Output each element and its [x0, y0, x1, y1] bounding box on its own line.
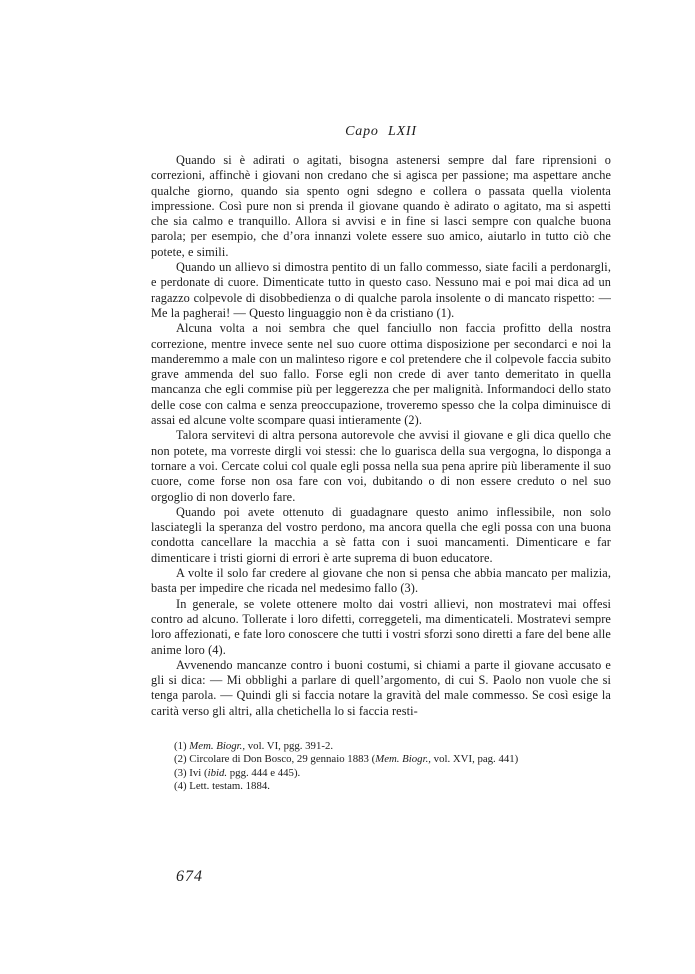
footnote-4: (4) Lett. testam. 1884.	[174, 780, 611, 794]
paragraph-7: In generale, se volete ottenere molto da…	[151, 597, 611, 658]
footnote-text: vol. VI, pgg. 391-2.	[245, 740, 333, 752]
paragraph-8: Avvenendo mancanze contro i buoni costum…	[151, 658, 611, 719]
footnote-text: (4) Lett. testam. 1884.	[174, 780, 270, 792]
footnote-text: (1)	[174, 740, 189, 752]
footnote-text: vol. XVI, pag. 441)	[431, 753, 518, 765]
footnote-text: pgg. 444 e 445).	[227, 767, 300, 779]
text-column: Capo LXII Quando si è adirati o agitati,…	[151, 124, 611, 794]
book-page: Capo LXII Quando si è adirati o agitati,…	[0, 0, 695, 974]
footnote-italic-text: ibid.	[208, 767, 228, 779]
paragraph-3: Alcuna volta a noi sembra che quel fanci…	[151, 321, 611, 428]
footnote-italic-text: Mem. Biogr.,	[189, 740, 245, 752]
page-number: 674	[176, 868, 203, 886]
footnote-text: (3) Ivi (	[174, 767, 208, 779]
footnote-3: (3) Ivi (ibid. pgg. 444 e 445).	[174, 767, 611, 781]
paragraph-2: Quando un allievo si dimostra pentito di…	[151, 260, 611, 321]
footnote-1: (1) Mem. Biogr., vol. VI, pgg. 391-2.	[174, 740, 611, 754]
paragraph-4: Talora servitevi di altra persona autore…	[151, 428, 611, 504]
footnote-italic-text: Mem. Biogr.,	[375, 753, 431, 765]
footnotes: (1) Mem. Biogr., vol. VI, pgg. 391-2. (2…	[174, 740, 611, 794]
paragraph-1: Quando si è adirati o agitati, bisogna a…	[151, 153, 611, 260]
paragraph-6: A volte il solo far credere al giovane c…	[151, 566, 611, 597]
chapter-heading: Capo LXII	[151, 124, 611, 140]
footnote-2: (2) Circolare di Don Bosco, 29 gennaio 1…	[174, 753, 611, 767]
footnote-text: (2) Circolare di Don Bosco, 29 gennaio 1…	[174, 753, 375, 765]
paragraph-5: Quando poi avete ottenuto di guadagnare …	[151, 505, 611, 566]
body-text: Quando si è adirati o agitati, bisogna a…	[151, 153, 611, 719]
